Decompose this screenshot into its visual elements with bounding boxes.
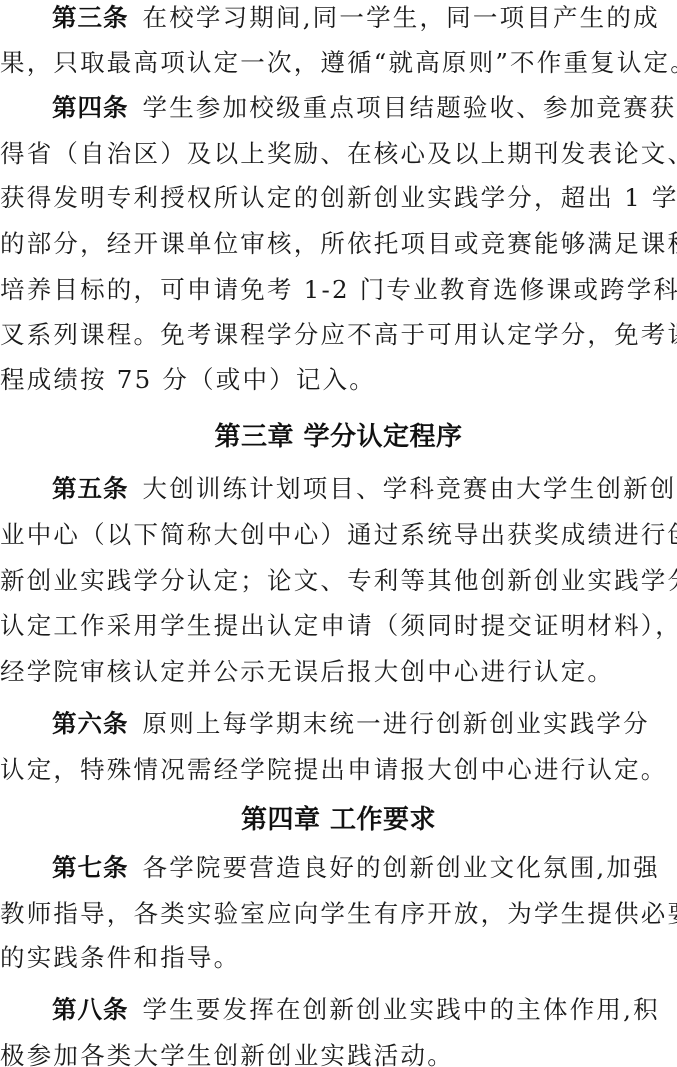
chapter-heading: 第三章 学分认定程序 [0,419,677,455]
article-3-line-1: 第三条在校学习期间,同一学生，同一项目产生的成 [52,1,677,35]
article-4-line-6: 叉系列课程。免考课程学分应不高于可用认定学分，免考课 [0,318,677,352]
article-6-line-1: 第六条原则上每学期末统一进行创新创业实践学分 [52,707,677,741]
article-4-line-7: 程成绩按 75 分（或中）记入。 [0,363,677,397]
article-label: 第七条 [52,853,129,882]
article-label: 第五条 [52,474,129,503]
article-5-line-3: 新创业实践学分认定；论文、专利等其他创新创业实践学分 [0,564,677,598]
article-8-line-2: 极参加各类大学生创新创业实践活动。 [0,1039,677,1067]
article-label: 第八条 [52,995,129,1024]
article-4-line-4: 的部分，经开课单位审核，所依托项目或竞赛能够满足课程 [0,227,677,261]
article-5-line-1: 第五条大创训练计划项目、学科竞赛由大学生创新创 [52,472,677,506]
article-5-line-2: 业中心（以下简称大创中心）通过系统导出获奖成绩进行创 [0,518,677,552]
chapter-heading: 第四章 工作要求 [0,802,677,838]
article-5-line-5: 经学院审核认定并公示无误后报大创中心进行认定。 [0,655,677,689]
article-4-line-1: 第四条学生参加校级重点项目结题验收、参加竞赛获 [52,91,677,125]
article-6-line-2: 认定，特殊情况需经学院提出申请报大创中心进行认定。 [0,753,677,787]
article-5-line-4: 认定工作采用学生提出认定申请（须同时提交证明材料）， [0,609,677,643]
article-label: 第四条 [52,93,129,122]
article-8-line-1: 第八条学生要发挥在创新创业实践中的主体作用,积 [52,993,677,1027]
article-7-line-3: 的实践条件和指导。 [0,941,677,975]
article-4-line-5: 培养目标的，可申请免考 1-2 门专业教育选修课或跨学科交 [0,273,677,307]
article-label: 第三条 [52,3,129,32]
article-label: 第六条 [52,709,129,738]
article-7-line-2: 教师指导，各类实验室应向学生有序开放，为学生提供必要 [0,897,677,931]
article-7-line-1: 第七条各学院要营造良好的创新创业文化氛围,加强 [52,851,677,885]
article-4-line-2: 得省（自治区）及以上奖励、在核心及以上期刊发表论文、 [0,137,677,171]
article-3-line-2: 果，只取最高项认定一次，遵循“就高原则”不作重复认定。 [0,46,677,80]
article-4-line-3: 获得发明专利授权所认定的创新创业实践学分，超出 1 学分 [0,181,677,215]
